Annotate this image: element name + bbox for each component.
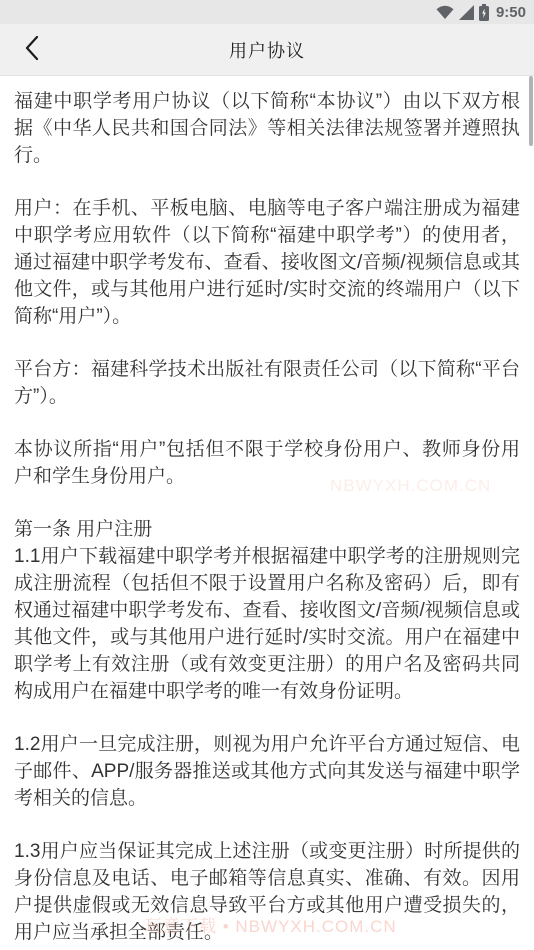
status-bar: 9:50 <box>0 0 534 24</box>
cellular-signal-icon <box>459 5 474 20</box>
battery-charging-icon <box>479 4 489 21</box>
agreement-body[interactable]: 福建中职学考用户协议（以下简称“本协议”）由以下双方根据《中华人民共和国合同法》… <box>0 76 534 946</box>
paragraph-platform-definition: 平台方：福建科学技术出版社有限责任公司（以下简称“平台方”）。 <box>14 356 520 410</box>
clause-1-1: 1.1用户下载福建中职学考并根据福建中职学考的注册规则完成注册流程（包括但不限于… <box>14 543 520 705</box>
wifi-icon <box>436 5 454 20</box>
clause-1-2: 1.2用户一旦完成注册，则视为用户允许平台方通过短信、电子邮件、APP/服务器推… <box>14 731 520 812</box>
page-title: 用户协议 <box>0 37 534 63</box>
paragraph-user-definition: 用户：在手机、平板电脑、电脑等电子客户端注册成为福建中职学考应用软件（以下简称“… <box>14 195 520 330</box>
chevron-left-icon <box>25 35 39 64</box>
status-time: 9:50 <box>496 5 526 20</box>
section-heading-article-1: 第一条 用户注册 <box>14 516 520 543</box>
back-button[interactable] <box>10 24 54 75</box>
clause-1-3: 1.3用户应当保证其完成上述注册（或变更注册）时所提供的身份信息及电话、电子邮箱… <box>14 838 520 946</box>
scrollbar-thumb[interactable] <box>529 76 533 146</box>
paragraph-user-scope: 本协议所指“用户”包括但不限于学校身份用户、教师身份用户和学生身份用户。 <box>14 436 520 490</box>
paragraph-intro: 福建中职学考用户协议（以下简称“本协议”）由以下双方根据《中华人民共和国合同法》… <box>14 88 520 169</box>
nav-bar: 用户协议 <box>0 24 534 76</box>
